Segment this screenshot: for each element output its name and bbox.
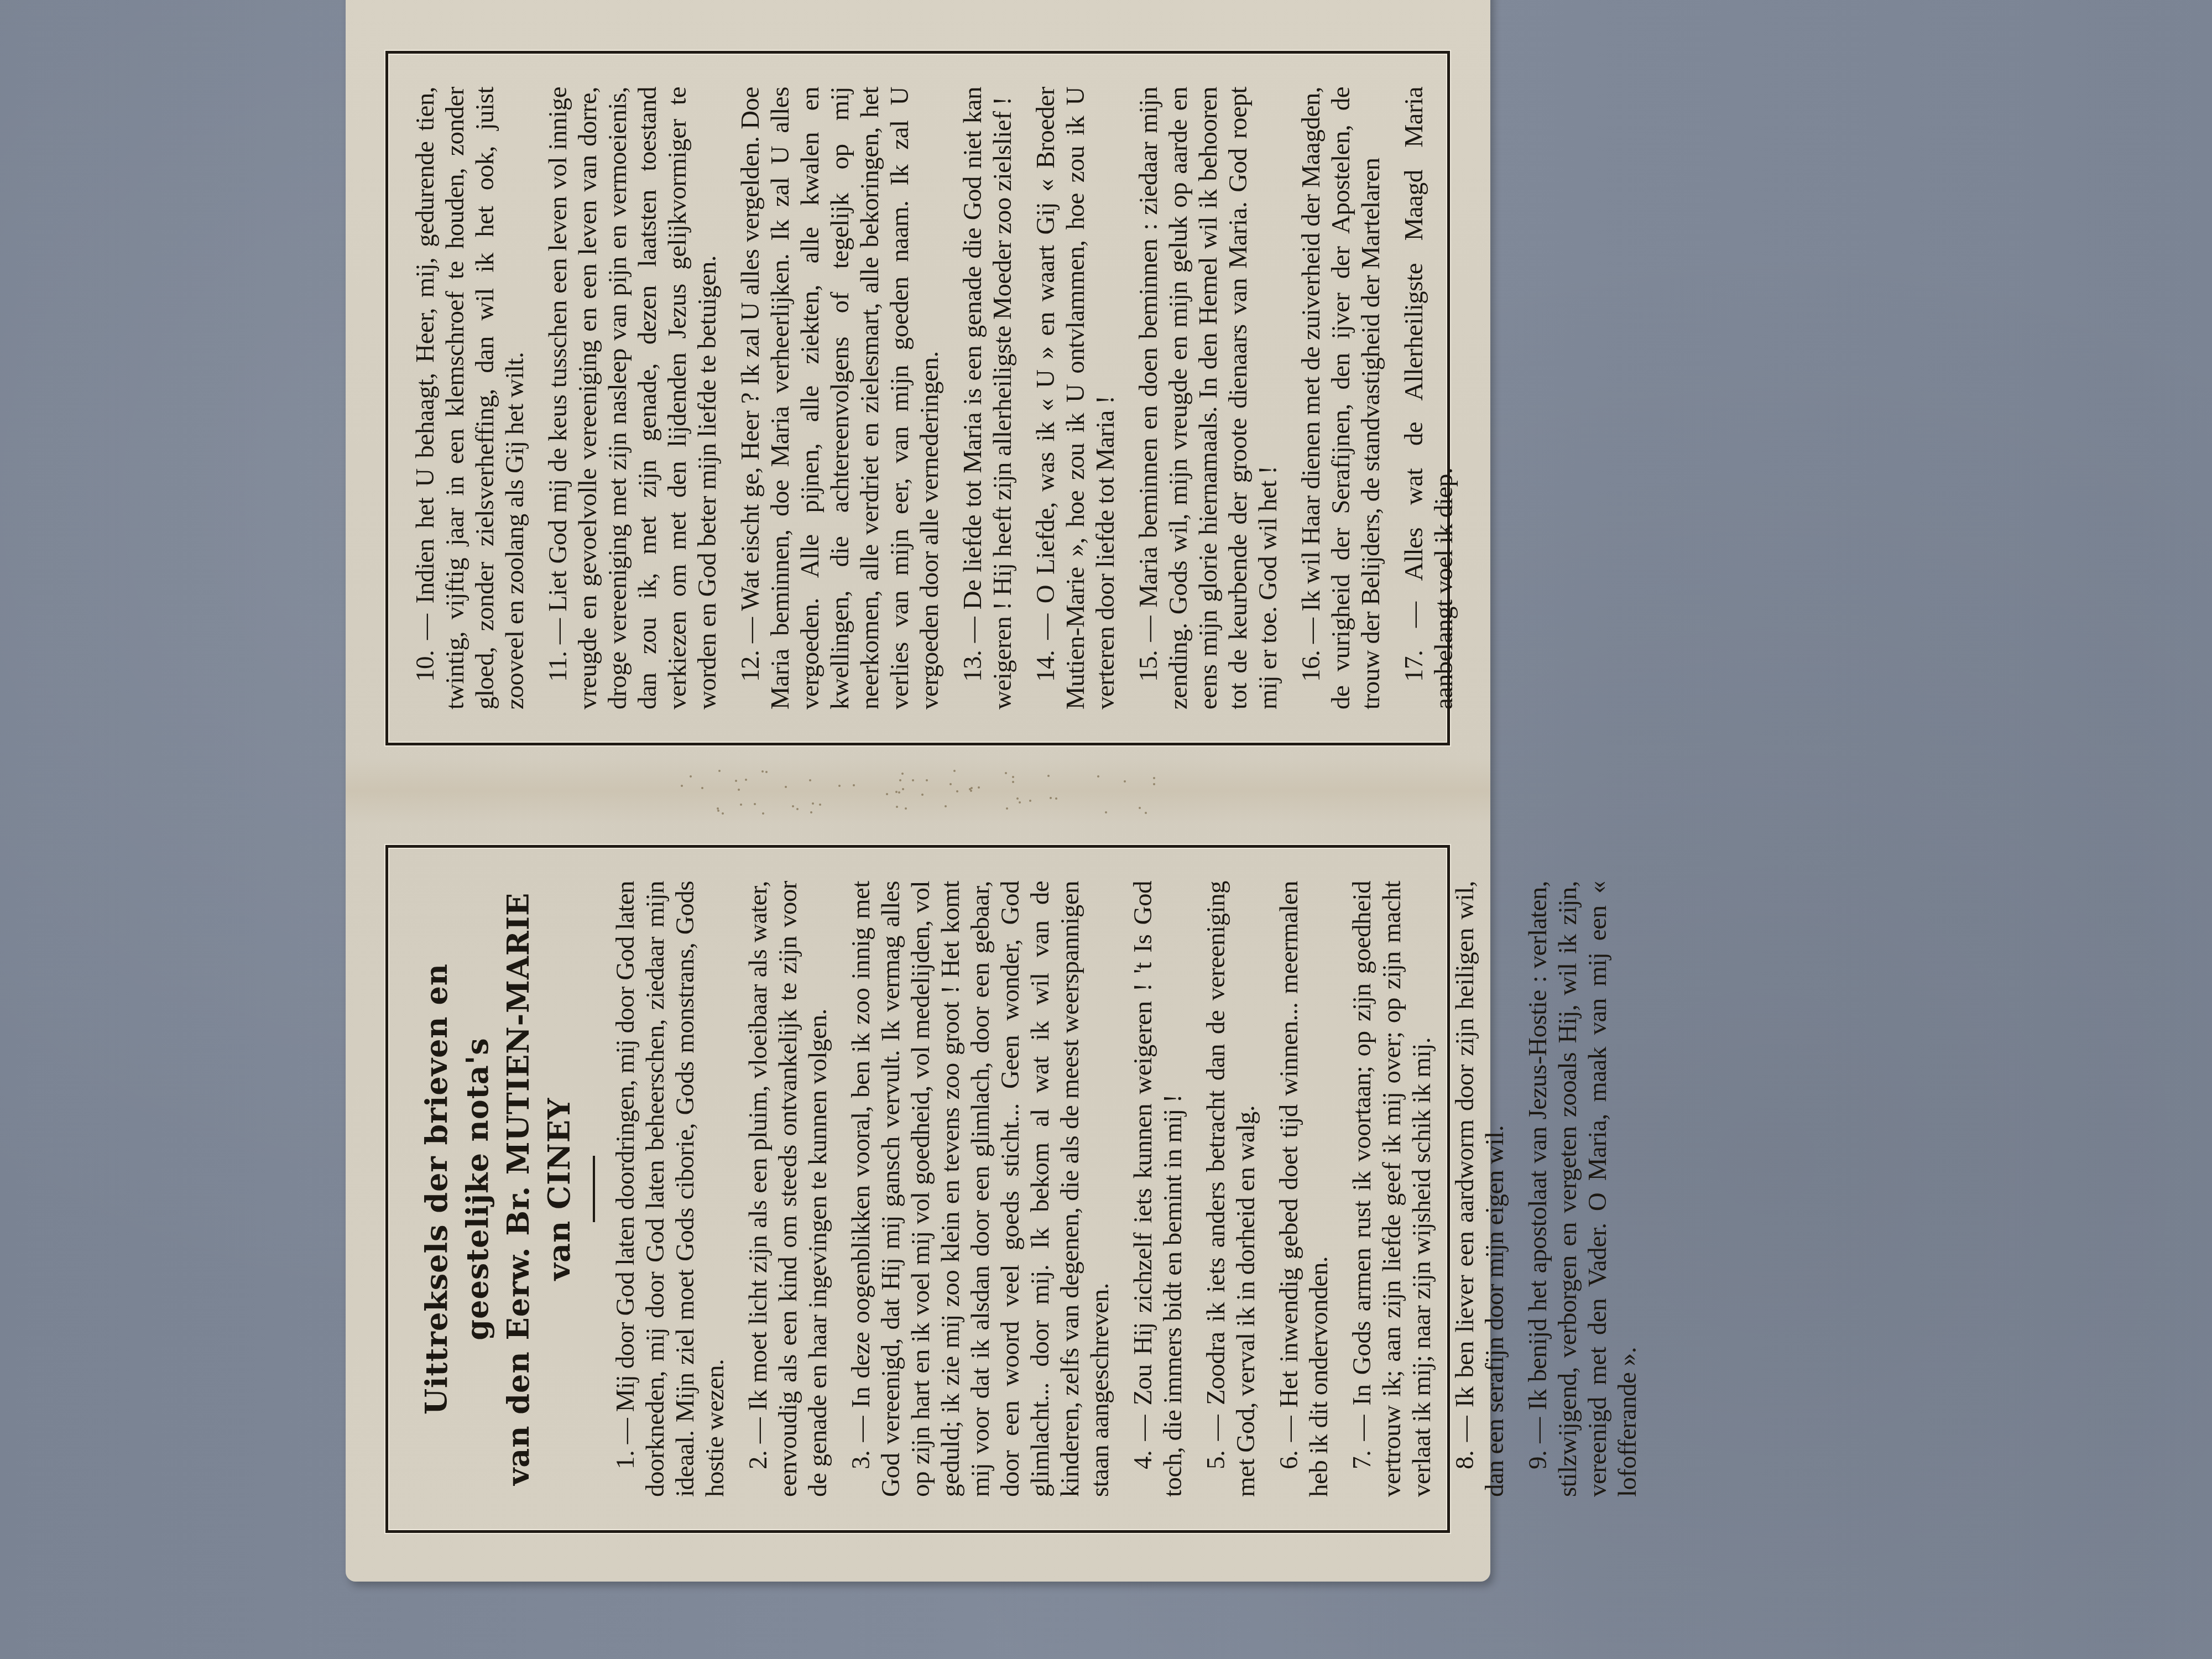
foxing-speck — [902, 788, 904, 790]
foxing-speck — [896, 806, 898, 808]
foxing-speck — [950, 783, 952, 785]
foxing-speck — [745, 779, 747, 781]
foxing-speck — [718, 770, 721, 772]
foxing-speck — [819, 804, 821, 806]
numbered-paragraph: 6. — Het inwendig gebed doet tijd winnen… — [1274, 881, 1334, 1497]
paragraph-text: Zoodra ik iets anders betracht dan de ve… — [1202, 881, 1260, 1497]
foxing-speck — [921, 794, 924, 796]
foxing-speck — [1050, 797, 1052, 799]
numbered-paragraph: 14. — O Liefde, was ik « U » en waart Gi… — [1031, 87, 1120, 709]
foxing-speck — [690, 775, 692, 778]
paragraph-number: 5. — — [1202, 1405, 1230, 1469]
foxing-speck — [912, 779, 914, 781]
foxing-speck — [1005, 772, 1007, 774]
foxing-speck — [905, 807, 907, 810]
foxing-speck — [1012, 776, 1014, 778]
foxing-speck — [956, 790, 958, 792]
foxing-speck — [886, 793, 888, 795]
foxing-speck — [945, 805, 947, 807]
foxing-speck — [901, 773, 904, 775]
left-panel-paragraphs: 1. — Mij door God laten doordringen, mij… — [611, 881, 1642, 1497]
foxing-speck — [722, 812, 724, 815]
foxing-speck — [785, 786, 787, 788]
foxing-speck — [761, 770, 764, 773]
paragraph-number: 12. — — [736, 611, 765, 682]
paragraph-number: 2. — — [744, 1411, 773, 1469]
paragraph-text: Het inwendig gebed doet tijd winnen... m… — [1275, 881, 1333, 1497]
title-divider — [593, 1156, 595, 1222]
paragraph-number: 13. — — [958, 609, 987, 682]
card-title: Uittreksels der brieven en geestelijke n… — [416, 881, 580, 1497]
foxing-speck — [762, 812, 764, 815]
title-line-2: van den Eerw. Br. MUTIEN-MARIE van CINEY — [498, 881, 580, 1497]
foxing-speck — [1097, 775, 1099, 778]
foxing-speck — [1016, 797, 1019, 800]
foxing-speck — [810, 811, 812, 813]
paragraph-text: Ik benijd het apostolaat van Jezus-Hosti… — [1524, 881, 1642, 1497]
paragraph-text: In deze oogenblikken vooral, ben ik zoo … — [847, 881, 1114, 1497]
paragraph-number: 15. — — [1134, 608, 1163, 682]
paragraph-number: 4. — — [1129, 1406, 1157, 1469]
title-line-1: Uittreksels der brieven en geestelijke n… — [416, 881, 498, 1497]
numbered-paragraph: 12. — Wat eischt ge, Heer ? Ik zal U all… — [735, 87, 945, 709]
numbered-paragraph: 4. — Zou Hij zichzelf iets kunnen weiger… — [1128, 881, 1188, 1497]
foxing-speck — [740, 804, 742, 806]
paragraph-text: Mij door God laten doordringen, mij door… — [611, 881, 729, 1497]
foxing-speck — [738, 789, 740, 791]
foxing-speck — [1124, 780, 1126, 782]
paragraph-number: 8. — — [1451, 1407, 1479, 1469]
numbered-paragraph: 17. — Alles wat de Allerheiligste Maagd … — [1399, 87, 1459, 709]
numbered-paragraph: 16. — Ik wil Haar dienen met de zuiverhe… — [1296, 87, 1386, 709]
card-fold-crease — [346, 758, 1490, 824]
numbered-paragraph: 5. — Zoodra ik iets anders betracht dan … — [1201, 881, 1261, 1497]
paragraph-text: Ik moet licht zijn als een pluim, vloeib… — [744, 881, 832, 1497]
left-panel-frame: Uittreksels der brieven en geestelijke n… — [385, 845, 1450, 1533]
numbered-paragraph: 13. — De liefde tot Maria is een genade … — [958, 87, 1018, 709]
foxing-speck — [1019, 801, 1021, 804]
paragraph-number: 14. — — [1031, 603, 1060, 682]
foxing-speck — [898, 791, 900, 794]
foxing-speck — [971, 787, 973, 789]
foxing-speck — [1153, 777, 1155, 779]
paragraph-number: 11. — — [544, 612, 572, 682]
foxing-speck — [1029, 800, 1031, 802]
foxing-speck — [735, 780, 737, 782]
foxing-speck — [792, 805, 794, 807]
foxing-speck — [838, 785, 841, 787]
paragraph-number: 10. — — [411, 604, 440, 682]
foxing-speck — [953, 770, 956, 772]
foxing-speck — [796, 808, 799, 810]
foxing-speck — [1012, 781, 1014, 783]
paragraph-number: 7. — — [1348, 1406, 1376, 1469]
foxing-speck — [812, 802, 814, 805]
foxing-speck — [899, 779, 901, 781]
foxing-speck — [978, 786, 980, 789]
foxing-speck — [1105, 811, 1107, 813]
foxing-speck — [1055, 797, 1057, 800]
foxing-speck — [1047, 775, 1050, 777]
paragraph-number: 17. — — [1400, 581, 1428, 682]
foxing-speck — [1139, 807, 1141, 809]
paragraph-number: 9. — — [1524, 1410, 1552, 1469]
foxing-speck — [681, 785, 683, 787]
numbered-paragraph: 11. — Liet God mij de keus tusschen een … — [543, 87, 722, 709]
foxing-speck — [1006, 807, 1008, 810]
foxing-speck — [754, 803, 756, 805]
paragraph-text: In Gods armen rust ik voortaan; op zijn … — [1348, 881, 1436, 1497]
numbered-paragraph: 3. — In deze oogenblikken vooral, ben ik… — [846, 881, 1115, 1497]
foxing-speck — [1145, 812, 1147, 814]
foxing-speck — [970, 790, 972, 792]
numbered-paragraph: 15. — Maria beminnen en doen beminnen : … — [1134, 87, 1283, 709]
paragraph-number: 1. — — [611, 1412, 640, 1469]
foxing-speck — [765, 771, 768, 773]
numbered-paragraph: 7. — In Gods armen rust ik voortaan; op … — [1347, 881, 1437, 1497]
foxing-speck — [1153, 783, 1155, 785]
foxing-speck — [717, 810, 719, 812]
paragraph-text: Ik ben liever een aardworm door zijn hei… — [1451, 881, 1509, 1497]
paragraph-text: Wat eischt ge, Heer ? Ik zal U alles ver… — [736, 87, 944, 709]
numbered-paragraph: 2. — Ik moet licht zijn als een pluim, v… — [743, 881, 833, 1497]
numbered-paragraph: 8. — Ik ben liever een aardworm door zij… — [1450, 881, 1510, 1497]
foxing-speck — [853, 784, 855, 786]
paragraph-text: Zou Hij zichzelf iets kunnen weigeren ! … — [1129, 881, 1187, 1497]
right-panel-frame: 10. — Indien het U behaagt, Heer, mij, g… — [385, 51, 1450, 745]
right-panel-paragraphs: 10. — Indien het U behaagt, Heer, mij, g… — [410, 87, 1459, 709]
numbered-paragraph: 1. — Mij door God laten doordringen, mij… — [611, 881, 730, 1497]
paragraph-number: 3. — — [847, 1408, 875, 1469]
paragraph-number: 16. — — [1297, 612, 1326, 682]
paragraph-number: 6. — — [1275, 1407, 1303, 1469]
prayer-card: Uittreksels der brieven en geestelijke n… — [346, 0, 1490, 1582]
foxing-speck — [895, 791, 898, 793]
numbered-paragraph: 10. — Indien het U behaagt, Heer, mij, g… — [410, 87, 530, 709]
foxing-speck — [926, 779, 928, 781]
foxing-speck — [809, 779, 811, 781]
numbered-paragraph: 9. — Ik benijd het apostolaat van Jezus-… — [1523, 881, 1642, 1497]
foxing-speck — [701, 787, 703, 789]
